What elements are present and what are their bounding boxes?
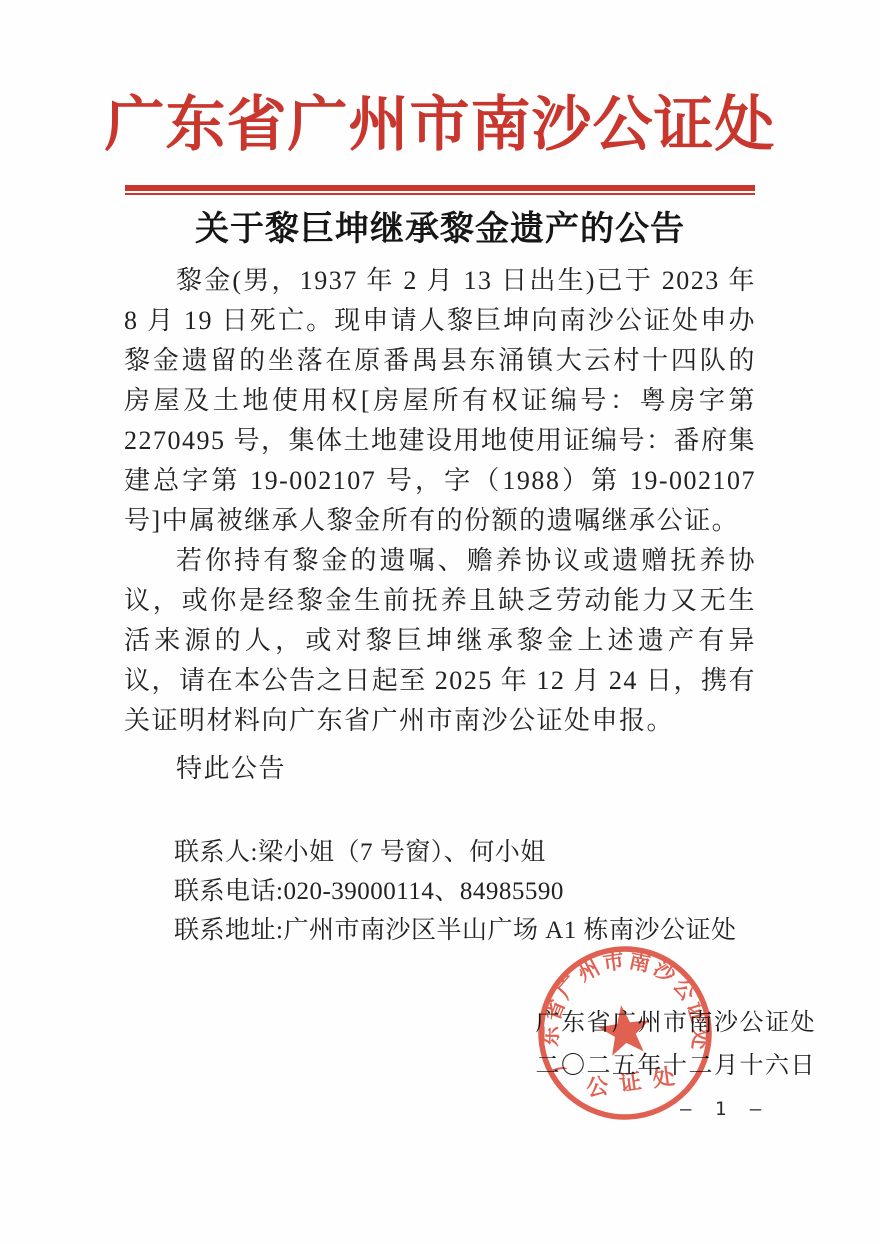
divider-thick-line: [125, 185, 755, 191]
contact-phone-line: 联系电话:020-39000114、84985590: [124, 872, 756, 911]
signature-date: 二〇二五年十二月十六日: [64, 1045, 816, 1088]
page-number: — 1 —: [680, 1098, 767, 1120]
closing-statement: 特此公告: [124, 749, 756, 789]
letterhead-office-name: 广东省广州市南沙公证处: [0, 0, 880, 159]
announcement-body: 黎金(男，1937 年 2 月 13 日出生)已于 2023 年 8 月 19 …: [124, 261, 756, 789]
announcement-title: 关于黎巨坤继承黎金遗产的公告: [0, 201, 880, 250]
signature-block: 广东省广州市南沙公证处 二〇二五年十二月十六日: [64, 1002, 816, 1088]
paragraph-decedent-info: 黎金(男，1937 年 2 月 13 日出生)已于 2023 年 8 月 19 …: [124, 261, 756, 541]
contact-address-line: 联系地址:广州市南沙区半山广场 A1 栋南沙公证处: [124, 911, 756, 950]
divider-thin-line: [125, 193, 755, 195]
contact-info-block: 联系人:梁小姐（7 号窗）、何小姐 联系电话:020-39000114、8498…: [124, 833, 756, 950]
paragraph-objection-notice: 若你持有黎金的遗嘱、赡养协议或遗赠抚养协议，或你是经黎金生前抚养且缺乏劳动能力又…: [124, 541, 756, 741]
notary-announcement-page: 广东省广州市南沙公证处 关于黎巨坤继承黎金遗产的公告 黎金(男，1937 年 2…: [0, 0, 880, 1244]
contact-person-line: 联系人:梁小姐（7 号窗）、何小姐: [124, 833, 756, 872]
letterhead-divider: [125, 185, 755, 195]
signature-org-name: 广东省广州市南沙公证处: [64, 1002, 816, 1045]
